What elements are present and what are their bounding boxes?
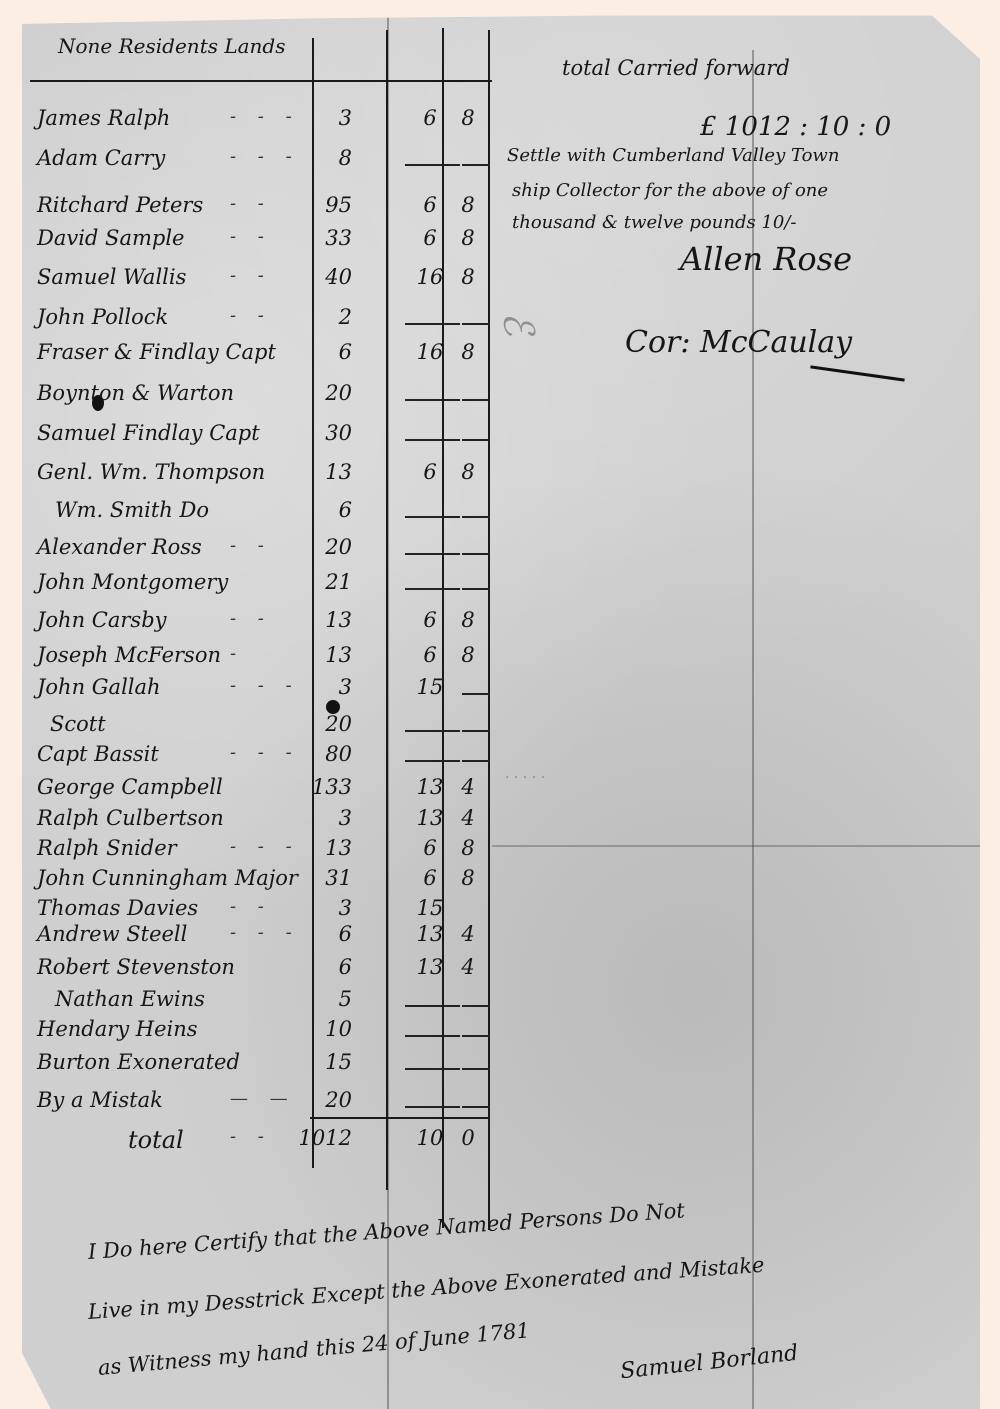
person-name: George Campbell [37,775,223,799]
blank-pence-line [462,730,490,732]
pence-value: 4 [453,775,483,799]
pounds-value: 15 [282,1050,352,1074]
pounds-value: 8 [282,146,352,170]
person-name: Alexander Ross [37,535,202,559]
table-row: John Pollock- -2 [0,305,500,331]
table-row: John Cunningham Major3168 [0,866,500,892]
blank-pence-line [462,1068,490,1070]
shillings-value: 6 [400,460,460,484]
table-row: Fraser & Findlay Capt6168 [0,340,500,366]
leader-dashes: - - [230,1126,272,1147]
pounds-value: 13 [282,836,352,860]
total-shillings: 10 [400,1126,460,1150]
pence-value: 8 [453,836,483,860]
pence-value: 4 [453,955,483,979]
person-name: David Sample [37,226,184,250]
pounds-value: 13 [282,643,352,667]
shillings-value: 16 [400,340,460,364]
signature-mccaulay: Cor: McCaulay [625,325,852,360]
pence-value: 8 [453,608,483,632]
column-title: None Residents Lands [58,34,286,58]
person-name: John Montgomery [37,570,228,594]
pounds-value: 6 [282,955,352,979]
table-row: John Montgomery21 [0,570,500,596]
pence-value: 8 [453,643,483,667]
person-name: Samuel Wallis [37,265,186,289]
blank-shillings-line [405,439,460,441]
blank-shillings-line [405,730,460,732]
shillings-value: 13 [400,922,460,946]
table-row: James Ralph- - -368 [0,106,500,132]
table-row: Robert Stevenston6134 [0,955,500,981]
person-name: John Carsby [37,608,167,632]
total-label: total [128,1126,184,1154]
table-row: David Sample- -3368 [0,226,500,252]
person-name: Ralph Culbertson [37,806,224,830]
table-row: Boynton & Warton20 [0,381,500,407]
blank-pence-line [462,1005,490,1007]
person-name: Ralph Snider [37,836,177,860]
pounds-value: 20 [282,381,352,405]
pounds-value: 3 [282,806,352,830]
leader-dashes: - [230,643,244,664]
table-row: Samuel Findlay Capt30 [0,421,500,447]
person-name: John Gallah [37,675,161,699]
blank-pence-line [462,693,490,695]
table-row: Adam Carry- - -8 [0,146,500,172]
shillings-value: 6 [400,836,460,860]
leader-dashes: - - [230,535,272,556]
pounds-value: 20 [282,712,352,736]
carried-forward-label: total Carried forward [562,56,790,80]
carried-forward-amount: £ 1012 : 10 : 0 [700,112,891,142]
table-row: John Carsby- -1368 [0,608,500,634]
pence-value: 4 [453,922,483,946]
leader-dashes: - - [230,896,272,917]
table-row: Burton Exonerated15 [0,1050,500,1076]
pence-value: 8 [453,193,483,217]
pounds-value: 133 [282,775,352,799]
settlement-line-3: thousand & twelve pounds 10/- [512,212,796,233]
leader-dashes: - - [230,193,272,214]
pounds-value: 20 [282,1088,352,1112]
table-row: George Campbell133134 [0,775,500,801]
pence-value: 8 [453,460,483,484]
blank-pence-line [462,588,490,590]
pounds-value: 33 [282,226,352,250]
shillings-value: 13 [400,806,460,830]
table-row: Wm. Smith Do6 [0,498,500,524]
shillings-value: 13 [400,955,460,979]
table-row: Andrew Steell- - -6134 [0,922,500,948]
total-rule [310,1117,490,1119]
blank-pence-line [462,1106,490,1108]
shillings-value: 6 [400,193,460,217]
table-row: Nathan Ewins5 [0,987,500,1013]
blank-shillings-line [405,760,460,762]
pounds-value: 31 [282,866,352,890]
blank-shillings-line [405,1035,460,1037]
person-name: Robert Stevenston [37,955,235,979]
blank-shillings-line [405,516,460,518]
settlement-line-1: Settle with Cumberland Valley Town [507,145,839,166]
pounds-value: 20 [282,535,352,559]
blank-pence-line [462,1035,490,1037]
pounds-value: 13 [282,460,352,484]
person-name: Nathan Ewins [55,987,205,1011]
blank-shillings-line [405,588,460,590]
table-row: John Gallah- - -315 [0,675,500,701]
table-row: Genl. Wm. Thompson1368 [0,460,500,486]
pounds-value: 30 [282,421,352,445]
table-row: Ralph Culbertson3134 [0,806,500,832]
pounds-value: 21 [282,570,352,594]
pence-value: 4 [453,806,483,830]
header-rule [30,80,492,82]
pounds-value: 95 [282,193,352,217]
shillings-value: 15 [400,896,460,920]
blank-shillings-line [405,553,460,555]
blank-pence-line [462,164,490,166]
blank-pence-line [462,399,490,401]
shillings-value: 6 [400,608,460,632]
table-row: Thomas Davies- -315 [0,896,500,922]
person-name: Joseph McFerson [37,643,221,667]
person-name: Ritchard Peters [37,193,203,217]
pounds-value: 40 [282,265,352,289]
shillings-value: 15 [400,675,460,699]
faint-bleed-through-text: · · · · · [505,770,545,786]
pence-value: 8 [453,106,483,130]
pounds-value: 3 [282,675,352,699]
pounds-value: 6 [282,498,352,522]
person-name: Boynton & Warton [37,381,234,405]
person-name: Capt Bassit [37,742,159,766]
total-pence: 0 [453,1126,483,1150]
table-row: Alexander Ross- -20 [0,535,500,561]
total-pounds: 1012 [282,1126,352,1150]
pence-value: 8 [453,340,483,364]
shillings-value: 16 [400,265,460,289]
person-name: John Pollock [37,305,168,329]
blank-pence-line [462,760,490,762]
pence-value: 8 [453,226,483,250]
leader-dashes: - - [230,265,272,286]
fold-crease-horizontal [492,845,980,847]
shillings-value: 6 [400,866,460,890]
person-name: Thomas Davies [37,896,198,920]
person-name: Andrew Steell [37,922,187,946]
table-row: By a Mistak— —20 [0,1088,500,1114]
pounds-value: 10 [282,1017,352,1041]
table-row: Ralph Snider- - -1368 [0,836,500,862]
pounds-value: 5 [282,987,352,1011]
blank-pence-line [462,439,490,441]
total-row: total- -1012100 [0,1126,500,1152]
pounds-value: 3 [282,896,352,920]
blank-shillings-line [405,1106,460,1108]
blank-shillings-line [405,1005,460,1007]
leader-dashes: - - [230,226,272,247]
table-row: Scott20 [0,712,500,738]
table-row: Samuel Wallis- -40168 [0,265,500,291]
blank-pence-line [462,323,490,325]
pounds-value: 6 [282,340,352,364]
blank-shillings-line [405,323,460,325]
shillings-value: 6 [400,106,460,130]
person-name: John Cunningham Major [37,866,298,890]
shillings-value: 13 [400,775,460,799]
person-name: Adam Carry [37,146,165,170]
shillings-value: 6 [400,226,460,250]
signature-allen-rose: Allen Rose [680,240,852,278]
pence-value: 8 [453,265,483,289]
table-row: Capt Bassit- - -80 [0,742,500,768]
person-name: Burton Exonerated [37,1050,240,1074]
person-name: Hendary Heins [37,1017,198,1041]
table-row: Ritchard Peters- -9568 [0,193,500,219]
blank-shillings-line [405,399,460,401]
person-name: By a Mistak [37,1088,163,1112]
table-row: Joseph McFerson-1368 [0,643,500,669]
manuscript-page [22,10,980,1409]
pounds-value: 3 [282,106,352,130]
person-name: Wm. Smith Do [55,498,209,522]
pounds-value: 80 [282,742,352,766]
leader-dashes: - - [230,608,272,629]
leader-dashes: - - [230,305,272,326]
pence-value: 8 [453,866,483,890]
blank-shillings-line [405,164,460,166]
settlement-line-2: ship Collector for the above of one [512,180,828,201]
person-name: Scott [50,712,106,736]
pounds-value: 13 [282,608,352,632]
person-name: Samuel Findlay Capt [37,421,260,445]
blank-pence-line [462,553,490,555]
pounds-value: 2 [282,305,352,329]
pounds-value: 6 [282,922,352,946]
blank-shillings-line [405,1068,460,1070]
person-name: James Ralph [37,106,170,130]
table-row: Hendary Heins10 [0,1017,500,1043]
blank-pence-line [462,516,490,518]
shillings-value: 6 [400,643,460,667]
person-name: Genl. Wm. Thompson [37,460,265,484]
person-name: Fraser & Findlay Capt [37,340,276,364]
